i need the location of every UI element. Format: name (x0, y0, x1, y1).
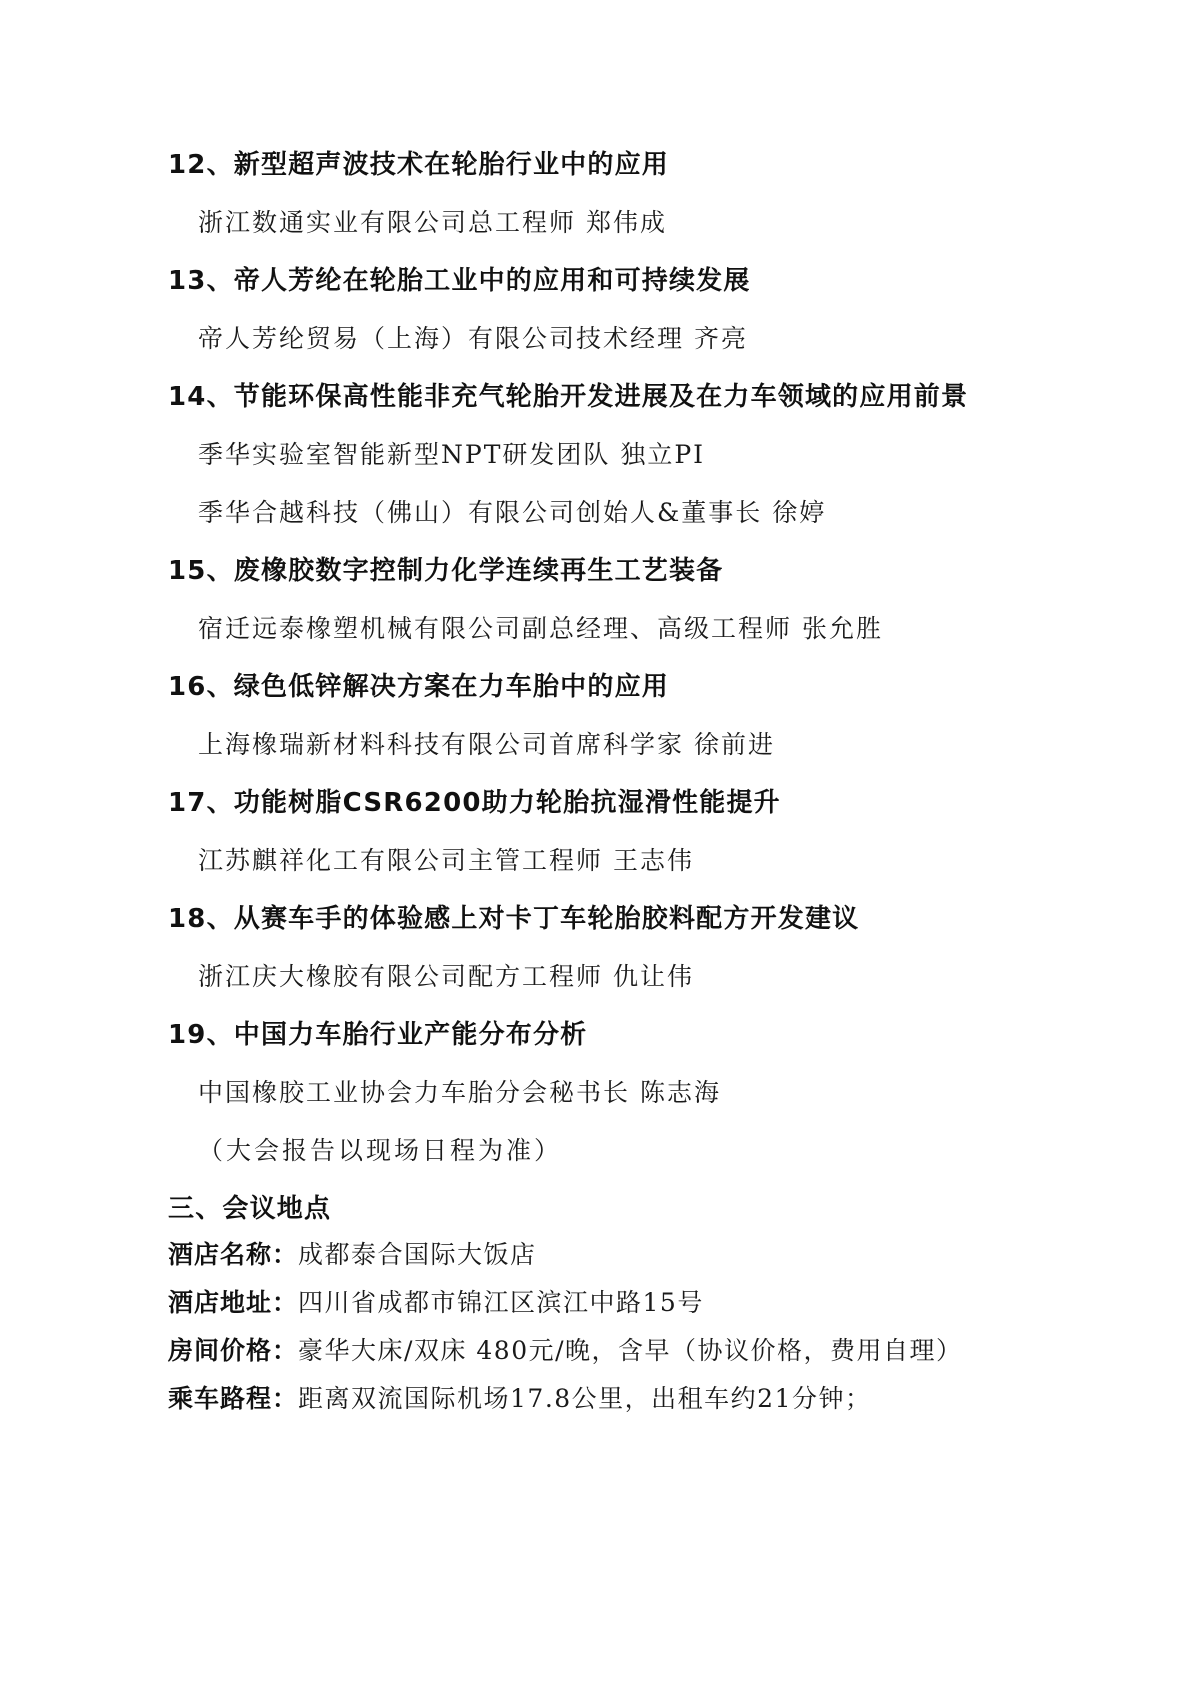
field-label: 房间价格： (168, 1336, 298, 1365)
agenda-item-speaker: 宿迁远泰橡塑机械有限公司副总经理、高级工程师 张允胜 (198, 616, 883, 641)
agenda-note: （大会报告以现场日程为准） (198, 1138, 562, 1163)
agenda-item-speaker: 浙江数通实业有限公司总工程师 郑伟成 (198, 210, 667, 235)
agenda-item-title: 16、绿色低锌解决方案在力车胎中的应用 (168, 674, 669, 700)
field-value: 四川省成都市锦江区滨江中路15号 (298, 1288, 704, 1317)
field-value: 豪华大床/双床 480元/晚，含早（协议价格，费用自理） (298, 1336, 963, 1365)
field-value: 成都泰合国际大饭店 (298, 1240, 537, 1269)
agenda-item-title: 17、功能树脂CSR6200助力轮胎抗湿滑性能提升 (168, 790, 781, 816)
agenda-item-speaker: 上海橡瑞新材料科技有限公司首席科学家 徐前进 (198, 732, 775, 757)
document-page: 12、新型超声波技术在轮胎行业中的应用 浙江数通实业有限公司总工程师 郑伟成 1… (0, 0, 1200, 1696)
agenda-item-title: 19、中国力车胎行业产能分布分析 (168, 1022, 587, 1048)
agenda-item-title: 13、帝人芳纶在轮胎工业中的应用和可持续发展 (168, 268, 751, 294)
section-title-venue: 三、会议地点 (168, 1196, 331, 1222)
field-value: 距离双流国际机场17.8公里，出租车约21分钟； (298, 1384, 871, 1413)
agenda-item-speaker: 季华实验室智能新型NPT研发团队 独立PI (198, 442, 705, 467)
field-label: 酒店地址： (168, 1288, 298, 1317)
agenda-item-speaker: 帝人芳纶贸易（上海）有限公司技术经理 齐亮 (198, 326, 748, 351)
agenda-item-speaker: 浙江庆大橡胶有限公司配方工程师 仇让伟 (198, 964, 694, 989)
agenda-item-title: 12、新型超声波技术在轮胎行业中的应用 (168, 152, 669, 178)
field-label: 乘车路程： (168, 1384, 298, 1413)
agenda-item-speaker: 中国橡胶工业协会力车胎分会秘书长 陈志海 (198, 1080, 721, 1105)
venue-room-price: 房间价格：豪华大床/双床 480元/晚，含早（协议价格，费用自理） (168, 1338, 963, 1363)
agenda-item-speaker: 季华合越科技（佛山）有限公司创始人&董事长 徐婷 (198, 500, 826, 525)
agenda-item-title: 15、废橡胶数字控制力化学连续再生工艺装备 (168, 558, 723, 584)
agenda-item-speaker: 江苏麒祥化工有限公司主管工程师 王志伟 (198, 848, 694, 873)
venue-hotel-name: 酒店名称：成都泰合国际大饭店 (168, 1242, 537, 1267)
agenda-item-title: 14、节能环保高性能非充气轮胎开发进展及在力车领域的应用前景 (168, 384, 968, 410)
venue-travel-route: 乘车路程：距离双流国际机场17.8公里，出租车约21分钟； (168, 1386, 872, 1411)
venue-hotel-address: 酒店地址：四川省成都市锦江区滨江中路15号 (168, 1290, 704, 1315)
agenda-item-title: 18、从赛车手的体验感上对卡丁车轮胎胶料配方开发建议 (168, 906, 859, 932)
field-label: 酒店名称： (168, 1240, 298, 1269)
